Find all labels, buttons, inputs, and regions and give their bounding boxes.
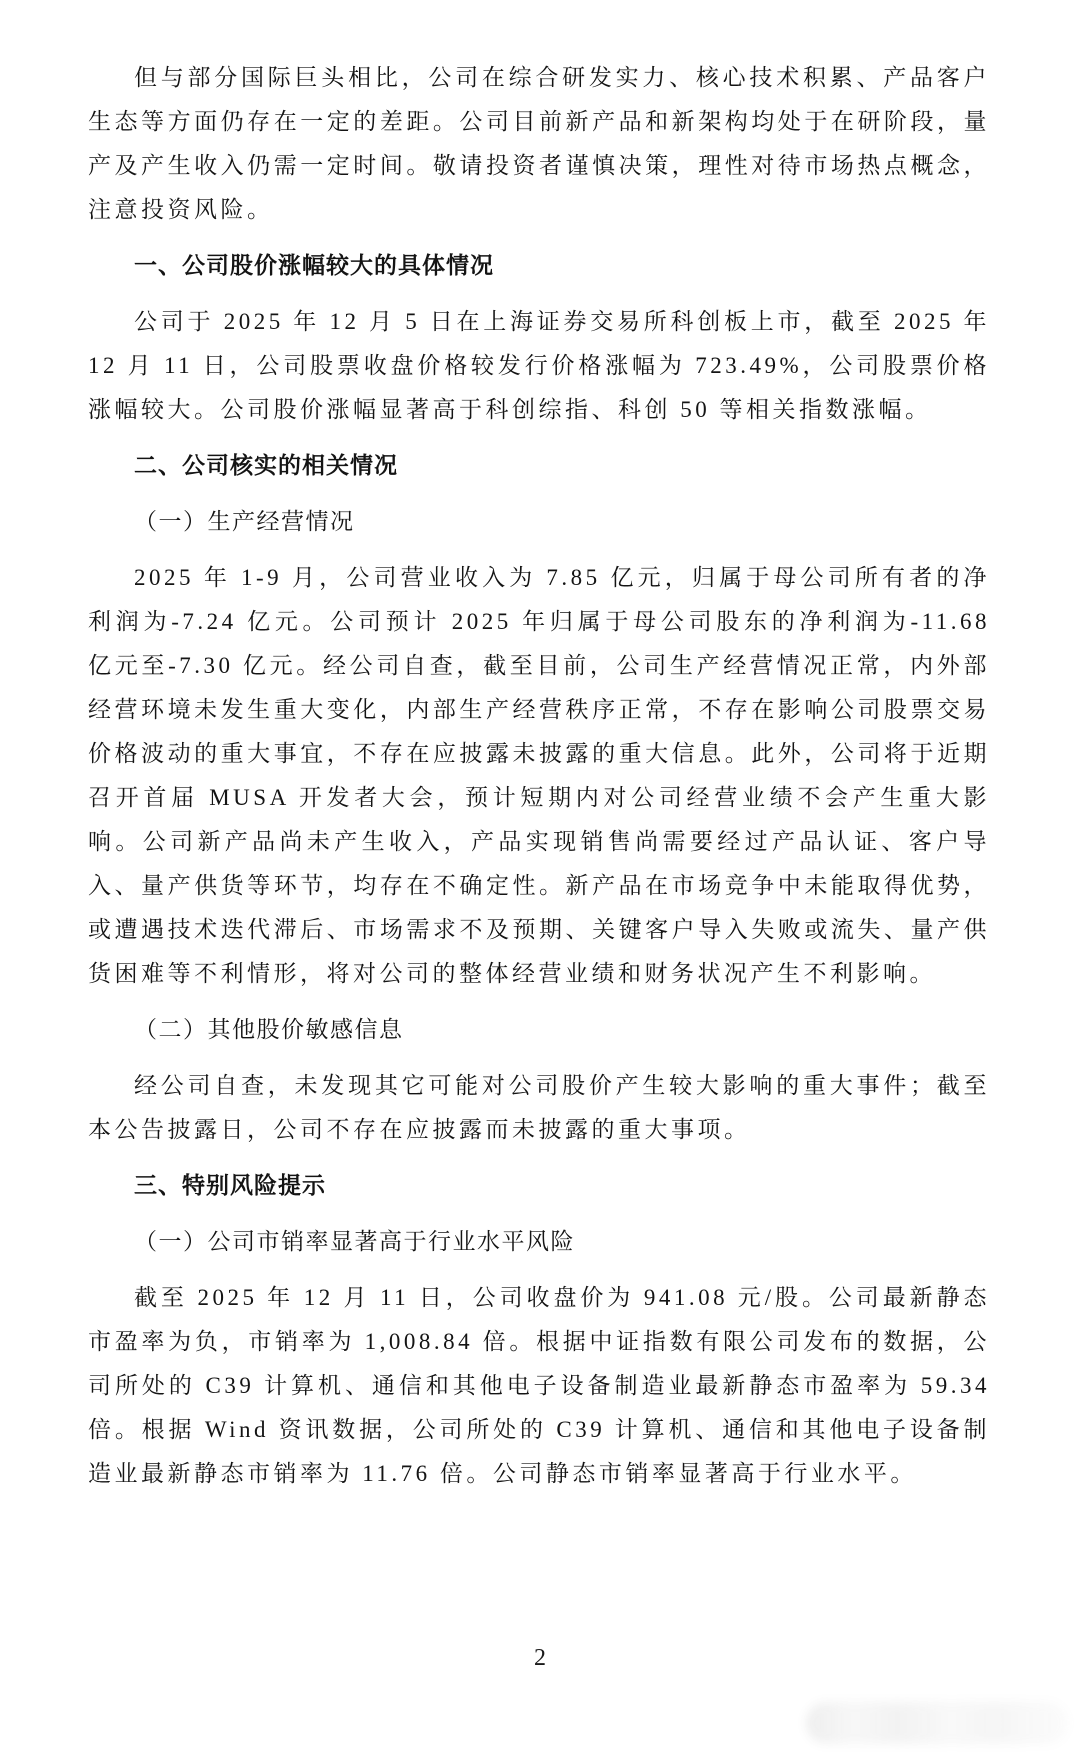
paragraph-operations-details: 2025 年 1-9 月，公司营业收入为 7.85 亿元，归属于母公司所有者的净…: [88, 556, 990, 996]
subheading-2-1-operations: （一）生产经营情况: [88, 500, 990, 544]
page-number: 2: [0, 1645, 1080, 1672]
announcement-page-body: 但与部分国际巨头相比，公司在综合研发实力、核心技术积累、产品客户生态等方面仍存在…: [88, 56, 990, 1496]
subheading-2-2-other-sensitive-info: （二）其他股价敏感信息: [88, 1008, 990, 1052]
heading-section-2-verification: 二、公司核实的相关情况: [88, 444, 990, 488]
heading-section-3-special-risk: 三、特别风险提示: [88, 1164, 990, 1208]
paragraph-other-sensitive-info: 经公司自查，未发现其它可能对公司股价产生较大影响的重大事件；截至本公告披露日，公…: [88, 1064, 990, 1152]
watermark-smudge: [806, 1702, 1068, 1744]
paragraph-stock-rise-details: 公司于 2025 年 12 月 5 日在上海证券交易所科创板上市，截至 2025…: [88, 300, 990, 432]
paragraph-intro-risk-notice: 但与部分国际巨头相比，公司在综合研发实力、核心技术积累、产品客户生态等方面仍存在…: [88, 56, 990, 232]
subheading-3-1-ps-ratio-risk: （一）公司市销率显著高于行业水平风险: [88, 1220, 990, 1264]
heading-section-1-stock-rise: 一、公司股价涨幅较大的具体情况: [88, 244, 990, 288]
paragraph-ps-ratio-details: 截至 2025 年 12 月 11 日，公司收盘价为 941.08 元/股。公司…: [88, 1276, 990, 1496]
